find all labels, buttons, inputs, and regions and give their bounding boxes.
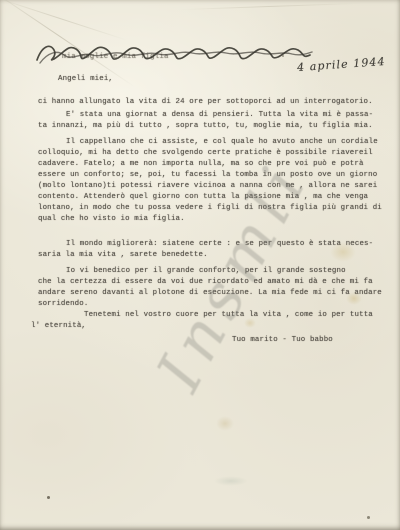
letter-body: ci hanno allungato la vita di 24 ore per… [38,97,388,346]
letter-line: sorridendo. [38,299,388,310]
letter-line: E' stata una giornat a densa di pensieri… [38,110,388,121]
salutation: Angeli miei, [58,74,113,85]
letter-line: che la certezza di essere da voi due ric… [38,277,388,288]
pen-scribble-strikethrough [34,40,319,68]
letter-line: saria la mia vita , sarete benedette. [38,250,388,261]
signature: Tuo marito - Tuo babbo [232,335,388,346]
letter-line: Tenetemi nel vostro cuore per tutta la v… [38,310,388,321]
paper-speck [367,516,370,519]
paper-crease [180,3,360,10]
letter-line: essere un conforto; se, poi, tu facessi … [38,170,388,181]
paragraph: Il cappellano che ci assiste, e col qual… [38,137,388,225]
paper-stain [216,416,234,431]
letter-line: Il mondo migliorerà: siatene certe : e s… [38,239,388,250]
paper-crease [0,0,127,41]
letter-scan-page: mia moglie e mia figlia 4 aprile 1944 An… [0,0,400,530]
letter-line: l' eternità, [31,321,388,332]
paper-speck [47,496,50,499]
letter-line: contento. Attenderò quel giorno con tutt… [38,192,388,203]
letter-line: andare sereno davanti al plotone di esec… [38,288,388,299]
letter-line: Il cappellano che ci assiste, e col qual… [38,137,388,148]
paragraph: E' stata una giornat a densa di pensieri… [38,110,388,132]
letter-line: (molto lontano)ti potessi riavere vicino… [38,181,388,192]
paragraph: Il mondo migliorerà: siatene certe : e s… [38,239,388,261]
letter-line: cadavere. Fatelo; a me non importa nulla… [38,159,388,170]
letter-line: ta innanzi, ma più di tutto , sopra tutt… [38,121,388,132]
letter-line: qual che ho visto io mia figlia. [38,214,388,225]
letter-line: colloquio, mi ha detto che svolgendo cer… [38,148,388,159]
letter-line: ci hanno allungato la vita di 24 ore per… [38,97,388,108]
paragraph: Tenetemi nel vostro cuore per tutta la v… [38,310,388,332]
letter-line: Io vi benedico per il grande conforto, p… [38,266,388,277]
paragraph: Io vi benedico per il grande conforto, p… [38,266,388,310]
paragraph: ci hanno allungato la vita di 24 ore per… [38,97,388,108]
paper-stain [214,476,248,486]
crossed-out-line: mia moglie e mia figlia [34,40,319,68]
letter-line: lontano, in modo che tu possa vedere i f… [38,203,388,214]
